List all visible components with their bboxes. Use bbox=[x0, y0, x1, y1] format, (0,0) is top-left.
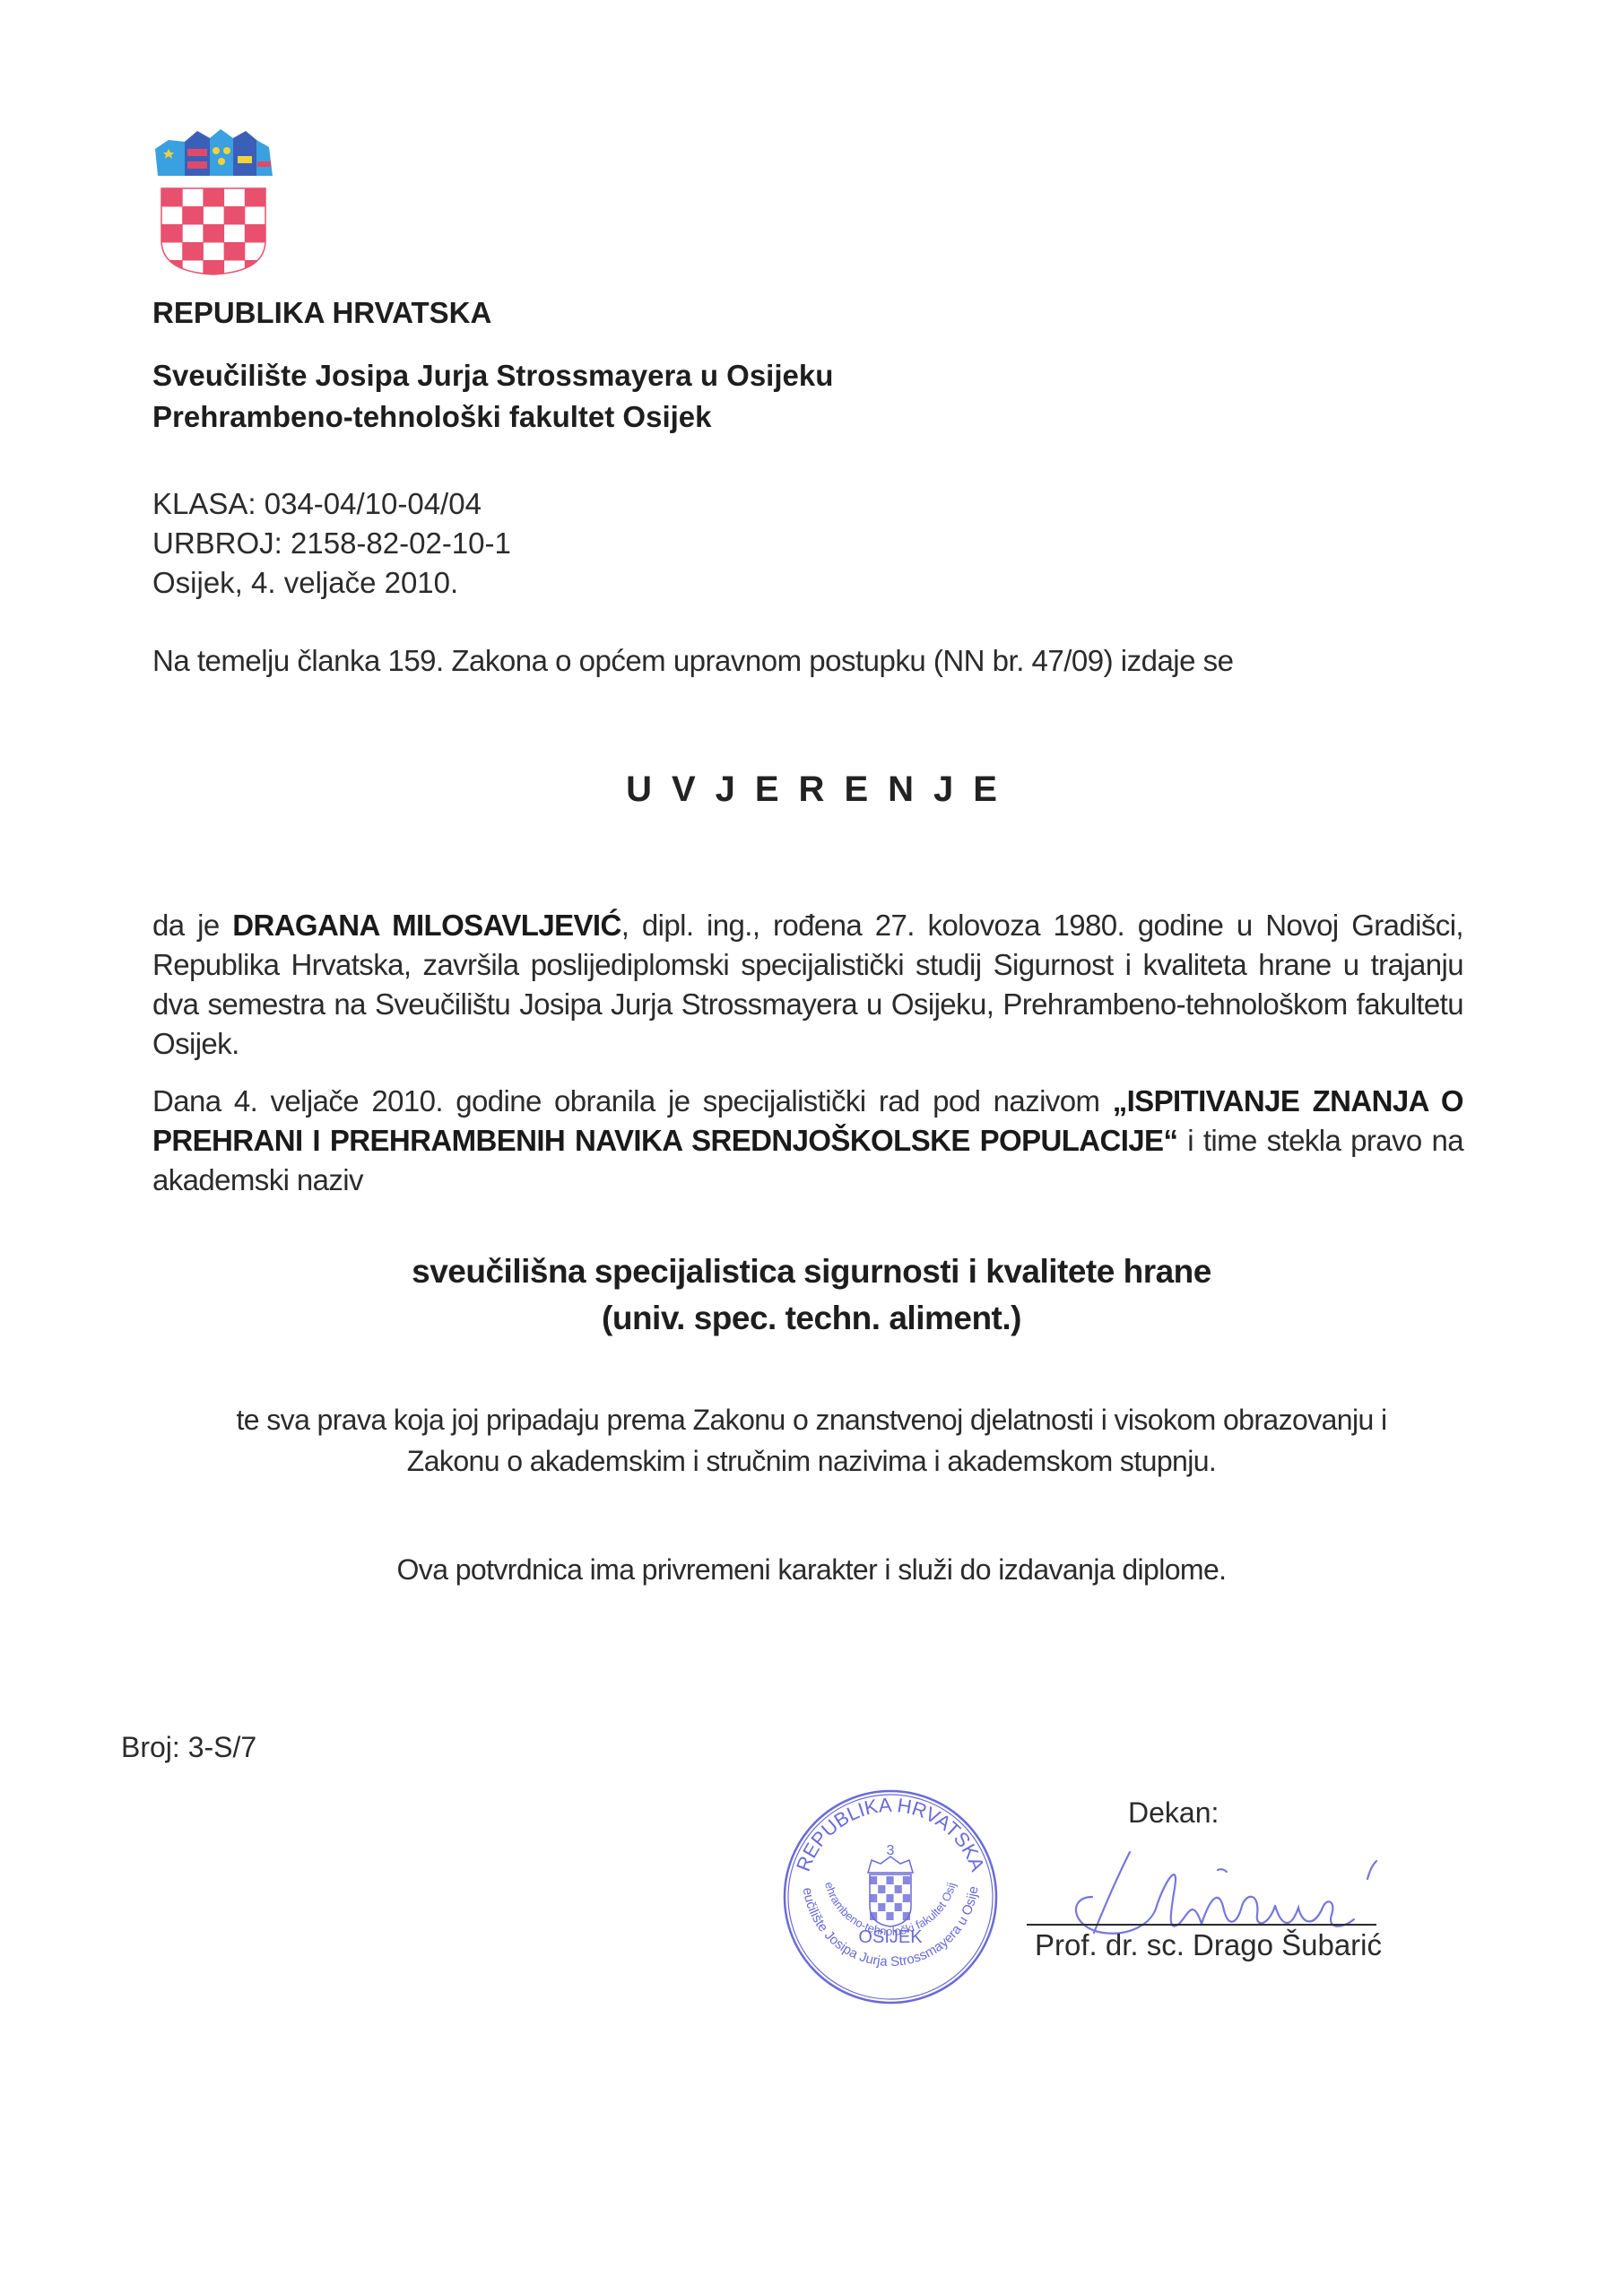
place-date: Osijek, 4. veljače 2010. bbox=[152, 563, 511, 603]
degree-abbreviation: (univ. spec. techn. aliment.) bbox=[0, 1295, 1623, 1342]
degree-title: sveučilišna specijalistica sigurnosti i … bbox=[0, 1248, 1623, 1295]
document-metadata: KLASA: 034-04/10-04/04 URBROJ: 2158-82-0… bbox=[152, 484, 511, 603]
signature-line bbox=[1027, 1924, 1376, 1926]
urbroj: URBROJ: 2158-82-02-10-1 bbox=[152, 524, 511, 563]
rights-statement: te sva prava koja joj pripadaju prema Za… bbox=[0, 1399, 1623, 1482]
official-stamp-icon: REPUBLIKA HRVATSKA 3 OSIJEK Prehrambeno-… bbox=[778, 1785, 1002, 2009]
paragraph-text: Dana 4. veljače 2010. godine obranila je… bbox=[152, 1084, 1113, 1118]
rights-line: Zakonu o akademskim i stručnim nazivima … bbox=[0, 1440, 1623, 1482]
institution-heading: Sveučilište Josipa Jurja Strossmayera u … bbox=[152, 355, 833, 438]
rights-line: te sva prava koja joj pripadaju prema Za… bbox=[0, 1399, 1623, 1440]
legal-basis: Na temelju članka 159. Zakona o općem up… bbox=[152, 644, 1234, 678]
signatory-role: Dekan: bbox=[1128, 1796, 1219, 1830]
country-heading: REPUBLIKA HRVATSKA bbox=[152, 296, 491, 330]
university-name: Sveučilište Josipa Jurja Strossmayera u … bbox=[152, 355, 833, 396]
croatian-coat-of-arms-icon bbox=[151, 115, 276, 276]
svg-text:REPUBLIKA HRVATSKA: REPUBLIKA HRVATSKA bbox=[792, 1794, 989, 1874]
certificate-number: Broj: 3-S/7 bbox=[121, 1731, 256, 1764]
certificate-paragraph: da je DRAGANA MILOSAVLJEVIĆ, dipl. ing.,… bbox=[152, 906, 1463, 1064]
document-title: UVJERENJE bbox=[0, 770, 1623, 810]
thesis-paragraph: Dana 4. veljače 2010. godine obranila je… bbox=[152, 1082, 1463, 1200]
faculty-name: Prehrambeno-tehnološki fakultet Osijek bbox=[152, 396, 833, 438]
recipient-name: DRAGANA MILOSAVLJEVIĆ bbox=[232, 909, 621, 942]
signatory-name: Prof. dr. sc. Drago Šubarić bbox=[1035, 1928, 1382, 1962]
paragraph-text: da je bbox=[152, 909, 232, 942]
klasa: KLASA: 034-04/10-04/04 bbox=[152, 484, 511, 524]
temporary-note: Ova potvrdnica ima privremeni karakter i… bbox=[0, 1549, 1623, 1590]
academic-degree: sveučilišna specijalistica sigurnosti i … bbox=[0, 1248, 1623, 1342]
